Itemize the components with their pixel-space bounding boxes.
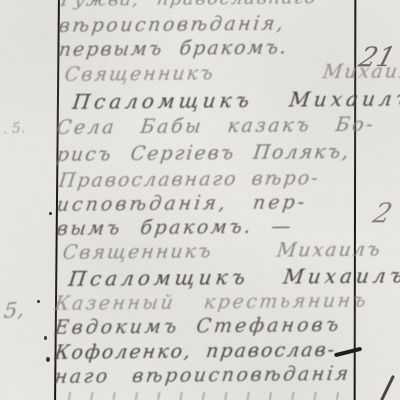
manuscript-line: вымъ бракомъ. — [56,218,295,239]
ink-speck [37,300,40,303]
ink-speck [46,357,50,362]
manuscript-line: Евдокимъ Стефановъ [54,316,343,338]
manuscript-line: исповѣданія, пер- [56,193,309,215]
manuscript-line: наго вѣроисповѣданія [54,365,352,387]
manuscript-line: Псаломщикъ Михаилъ [71,88,400,112]
ink-dash-stroke [334,347,362,357]
manuscript-line: рисъ Сергіевъ Полякъ, [56,143,352,165]
manuscript-line: Священникъ Михаилъ [64,62,400,85]
cut-line-fragment [60,392,350,400]
scanned-register-page: . 5. 5, 21 2 Гужва, православнаго вѣроис… [0,0,400,400]
manuscript-line: Священникъ Михаилъ [62,241,383,263]
margin-mark: 5, [3,299,25,322]
ink-speck [44,336,47,340]
manuscript-line: Казенный крестьянинъ [54,292,370,314]
manuscript-line: Гужва, православнаго [60,0,319,10]
ink-speck [49,212,52,215]
manuscript-line: Кофоленко, православ- [54,341,338,363]
manuscript-line: Псаломщикъ Михаилъ [67,265,400,289]
stray-pen-stroke [380,375,395,400]
manuscript-line: Православнаго вѣро- [58,169,321,191]
manuscript-line: вѣроисповѣданія, [58,15,287,36]
manuscript-line: Села Бабы казакъ Бо- [56,116,377,138]
margin-mark: . 5. [3,121,26,137]
entry-number: 2 [370,200,395,227]
manuscript-line: первымъ бракомъ. [58,39,290,60]
